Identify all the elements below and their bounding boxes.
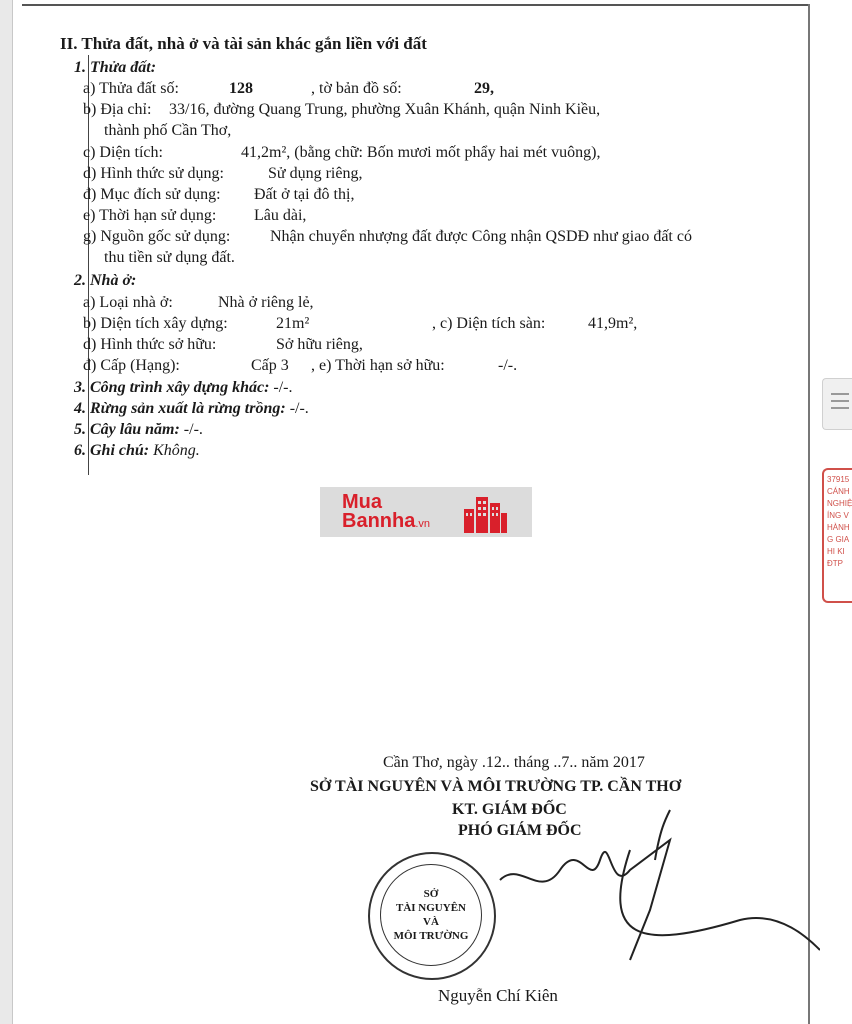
ownership-label: d) Hình thức sở hữu: bbox=[83, 334, 216, 355]
handwritten-signature bbox=[480, 800, 820, 970]
map-sheet-number: 29, bbox=[474, 78, 494, 99]
notes-heading: 6. Ghi chú: bbox=[74, 442, 149, 459]
date-line: Cần Thơ, ngày .12.. tháng ..7.. năm 2017 bbox=[383, 752, 645, 773]
area-value: 41,2m², (bằng chữ: Bốn mươi mốt phẩy hai… bbox=[241, 142, 600, 163]
term-label: e) Thời hạn sử dụng: bbox=[83, 205, 216, 226]
perennial-trees-row: 5. Cây lâu năm: -/-. bbox=[74, 419, 203, 440]
stamp-line: HÀNH bbox=[827, 522, 852, 534]
production-forest-heading: 4. Rừng sản xuất là rừng trồng: bbox=[74, 400, 286, 417]
stamp-line: NGHIỆ bbox=[827, 498, 852, 510]
production-forest-value: -/-. bbox=[290, 400, 309, 417]
section-title: II. Thửa đất, nhà ở và tài sản khác gắn … bbox=[60, 33, 427, 54]
purpose-value: Đất ở tại đô thị, bbox=[254, 184, 354, 205]
area-label: c) Diện tích: bbox=[83, 142, 163, 163]
floor-area-label: , c) Diện tích sàn: bbox=[432, 313, 545, 334]
house-type-label: a) Loại nhà ở: bbox=[83, 292, 173, 313]
grade-value: Cấp 3 bbox=[251, 355, 289, 376]
buildings-logo-icon bbox=[462, 491, 508, 533]
origin-value-line1: Nhận chuyển nhượng đất được Công nhận QS… bbox=[270, 226, 692, 247]
address-line2: thành phố Cần Thơ, bbox=[104, 120, 231, 141]
other-construction-value: -/-. bbox=[273, 379, 292, 396]
perennial-trees-value: -/-. bbox=[184, 421, 203, 438]
stamp-line: HI KI bbox=[827, 546, 852, 558]
issuing-agency: SỞ TÀI NGUYÊN VÀ MÔI TRƯỜNG TP. CẦN THƠ bbox=[310, 776, 681, 797]
map-sheet-label: , tờ bản đồ số: bbox=[311, 78, 402, 99]
production-forest-row: 4. Rừng sản xuất là rừng trồng: -/-. bbox=[74, 398, 309, 419]
build-area-label: b) Diện tích xây dựng: bbox=[83, 313, 228, 334]
parcel-number: 128 bbox=[229, 78, 253, 99]
usage-form-label: d) Hình thức sử dụng: bbox=[83, 163, 224, 184]
seal-text-1: SỞ bbox=[424, 887, 439, 901]
grade-label: đ) Cấp (Hạng): bbox=[83, 355, 180, 376]
watermark-line2: Bannha bbox=[342, 510, 415, 532]
term-value: Lâu dài, bbox=[254, 205, 306, 226]
own-term-value: -/-. bbox=[498, 355, 517, 376]
stamp-line: 37915 bbox=[827, 474, 852, 486]
side-panel-handle[interactable] bbox=[822, 378, 852, 430]
other-construction-row: 3. Công trình xây dựng khác: -/-. bbox=[74, 377, 293, 398]
stamp-line: ĐTP bbox=[827, 558, 852, 570]
notes-row: 6. Ghi chú: Không. bbox=[74, 440, 200, 461]
address-line1: 33/16, đường Quang Trung, phường Xuân Kh… bbox=[169, 99, 600, 120]
ownership-value: Sở hữu riêng, bbox=[276, 334, 363, 355]
hamburger-icon bbox=[831, 393, 849, 414]
parcel-label: a) Thửa đất số: bbox=[83, 78, 179, 99]
other-construction-heading: 3. Công trình xây dựng khác: bbox=[74, 379, 269, 396]
official-seal: SỞ TÀI NGUYÊN VÀ MÔI TRƯỜNG bbox=[368, 852, 496, 980]
seal-text-2: TÀI NGUYÊN bbox=[396, 901, 466, 915]
seal-text-4: MÔI TRƯỜNG bbox=[394, 929, 469, 943]
stamp-line: ÍNG V bbox=[827, 510, 852, 522]
muabannha-watermark: Mua Bannha.vn bbox=[320, 487, 532, 537]
origin-label: g) Nguồn gốc sử dụng: bbox=[83, 226, 230, 247]
notes-value: Không. bbox=[153, 442, 200, 459]
purpose-label: đ) Mục đích sử dụng: bbox=[83, 184, 221, 205]
origin-value-line2: thu tiền sử dụng đất. bbox=[104, 247, 235, 268]
floor-area-value: 41,9m², bbox=[588, 313, 637, 334]
seal-text-3: VÀ bbox=[423, 915, 439, 929]
own-term-label: , e) Thời hạn sở hữu: bbox=[311, 355, 445, 376]
stamp-line: CÁNH bbox=[827, 486, 852, 498]
red-stamp-fragment: 37915 CÁNH NGHIỆ ÍNG V HÀNH G GIA HI KI … bbox=[822, 468, 852, 603]
usage-form-value: Sử dụng riêng, bbox=[268, 163, 362, 184]
watermark-text: Mua Bannha.vn bbox=[342, 493, 430, 534]
perennial-trees-heading: 5. Cây lâu năm: bbox=[74, 421, 180, 438]
address-label: b) Địa chỉ: bbox=[83, 99, 151, 120]
house-type-value: Nhà ở riêng lẻ, bbox=[218, 292, 314, 313]
watermark-suffix: .vn bbox=[415, 518, 430, 530]
seal-center: SỞ TÀI NGUYÊN VÀ MÔI TRƯỜNG bbox=[380, 864, 482, 966]
house-heading: 2. Nhà ở: bbox=[74, 270, 136, 291]
signer-name: Nguyễn Chí Kiên bbox=[438, 985, 558, 1006]
stamp-line: G GIA bbox=[827, 534, 852, 546]
land-heading: 1. Thửa đất: bbox=[74, 57, 156, 78]
build-area-value: 21m² bbox=[276, 313, 309, 334]
